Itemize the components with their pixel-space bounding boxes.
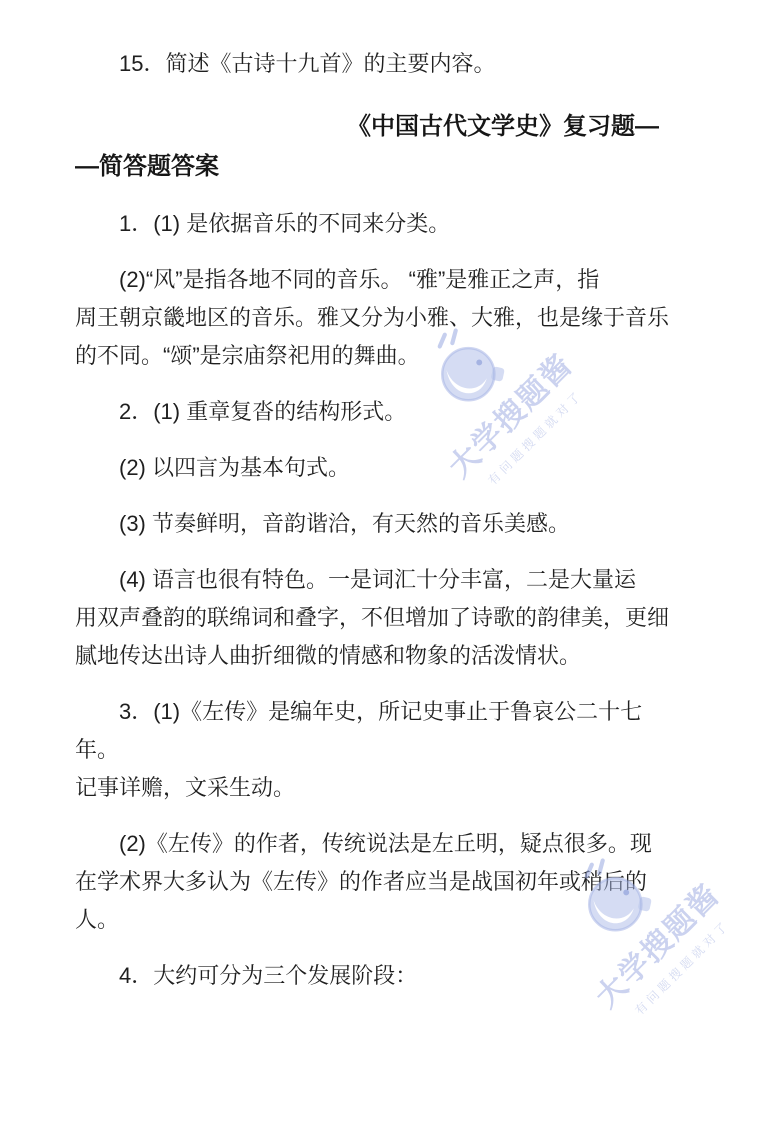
answer-paragraph: (2)《左传》的作者，传统说法是左丘明，疑点很多。现 在学术界大多认为《左传》的… (75, 825, 677, 939)
answer-paragraph: (2)“风”是指各地不同的音乐。 “雅”是雅正之声，指 周王朝京畿地区的音乐。雅… (75, 261, 677, 375)
heading-line-2: —简答题答案 (75, 147, 677, 187)
answer-paragraph: 1．(1) 是依据音乐的不同来分类。 (75, 205, 677, 243)
answer-paragraph: 2．(1) 重章复沓的结构形式。 (75, 393, 677, 431)
answer-paragraph: (4) 语言也很有特色。一是词汇十分丰富，二是大量运 用双声叠韵的联绵词和叠字，… (75, 561, 677, 675)
question-line: 15．简述《古诗十九首》的主要内容。 (75, 45, 677, 83)
heading-line-1: 《中国古代文学史》复习题— (75, 107, 677, 147)
answer-paragraph: (2) 以四言为基本句式。 (75, 449, 677, 487)
answer-paragraph: (3) 节奏鲜明，音韵谐洽，有天然的音乐美感。 (75, 505, 677, 543)
answer-paragraph: 3．(1)《左传》是编年史，所记史事止于鲁哀公二十七年。 记事详赡，文采生动。 (75, 693, 677, 807)
document-page: 15．简述《古诗十九首》的主要内容。 《中国古代文学史》复习题— —简答题答案 … (0, 0, 760, 1122)
document-heading: 《中国古代文学史》复习题— —简答题答案 (75, 107, 677, 187)
answer-paragraph: 4．大约可分为三个发展阶段： (75, 957, 677, 995)
